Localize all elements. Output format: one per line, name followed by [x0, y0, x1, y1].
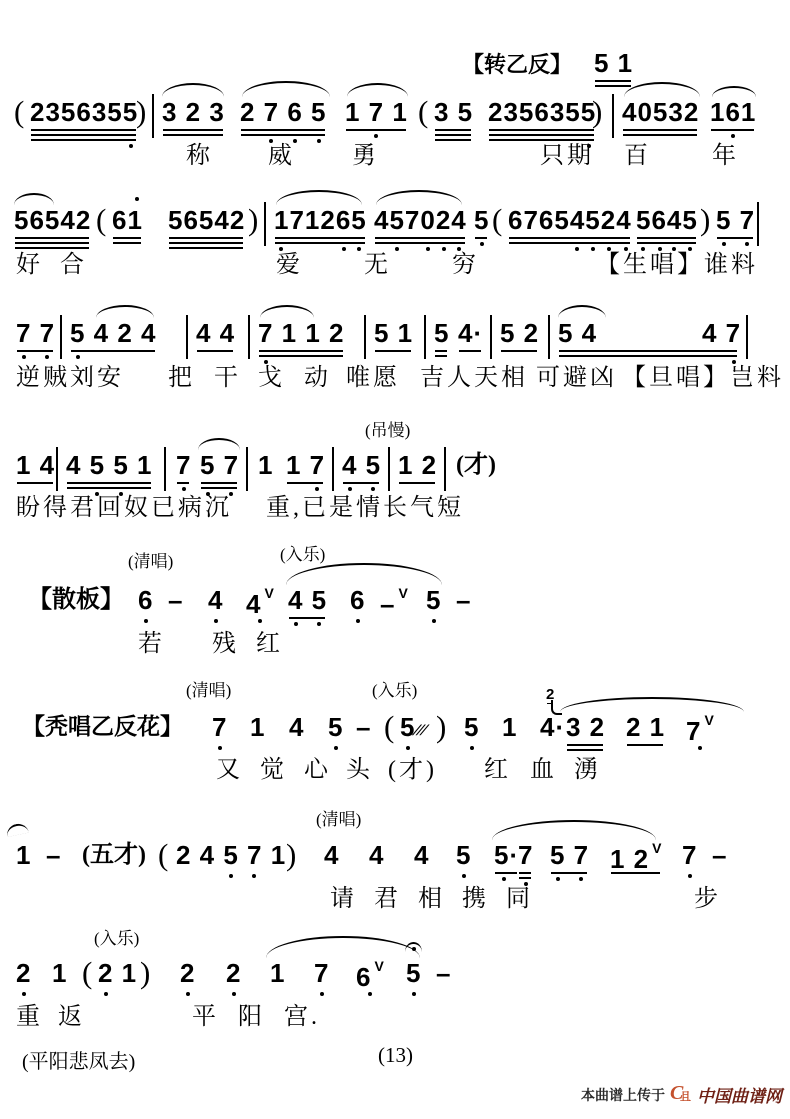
note-group: 4 [324, 840, 339, 870]
lyric-text: 爱 [276, 250, 303, 280]
barline [60, 315, 62, 359]
note-group: 5· [494, 840, 519, 870]
note-group: 1 [270, 958, 285, 988]
site-name: 中国曲谱网 [697, 1082, 782, 1107]
barline [152, 94, 154, 138]
lyric-text: 【生唱】谁料 [596, 250, 758, 280]
slur-arc [162, 83, 224, 97]
note-group: 5 2 [500, 318, 539, 348]
parenthesis: ) [436, 712, 446, 742]
note-group: 4 [208, 585, 223, 615]
note-group: 457024 [374, 205, 467, 235]
lyric-text: 血 [530, 755, 557, 785]
lyric-text: (才) [388, 755, 437, 785]
note-group: 5 [464, 712, 479, 742]
section-label: (五才) [82, 840, 146, 870]
parenthesis: ) [248, 205, 258, 235]
note-group: 4V [246, 585, 274, 619]
note-group: 3 2 3 [162, 97, 225, 127]
note-group: 4 5 5 1 [66, 450, 153, 480]
note-group: 7 [176, 450, 191, 480]
note-group: 2 7 6 5 [240, 97, 327, 127]
note-group: 67654524 [508, 205, 632, 235]
note-group: 7 [212, 712, 227, 742]
note-group: – [456, 585, 471, 615]
tempo-annotation: (清唱) [316, 810, 361, 830]
note-group: 5 1 [594, 48, 633, 78]
slur-arc [624, 82, 700, 97]
lyric-text: 无 [364, 250, 391, 280]
lyric-text: 只期 [540, 141, 594, 171]
breath-mark: V [374, 958, 383, 974]
note-group: 6 [350, 585, 365, 615]
note-group: 7V [686, 712, 714, 746]
note-group: 1 [52, 958, 67, 988]
barline [757, 202, 759, 246]
parenthesis: ( [158, 840, 168, 870]
note-group: 5 [328, 712, 343, 742]
parenthesis: ( [82, 958, 92, 988]
lyric-text: 唯愿 [346, 363, 400, 393]
note-group: 3 2 [566, 712, 605, 742]
lyric-text: 盼得君回奴已病沉 [16, 493, 232, 523]
barline [332, 447, 334, 491]
note-group: 1 [502, 712, 517, 742]
lyric-text: 头 [346, 755, 373, 785]
lyric-text: 红 [256, 629, 283, 659]
note-group: 4 4 [196, 318, 235, 348]
section-label: (才) [456, 450, 496, 480]
lyric-text: 阳 [238, 1002, 265, 1032]
lyric-text: 重,已是情长气短 [266, 493, 464, 523]
note-group: 7 [682, 840, 697, 870]
note-group: – [356, 712, 371, 742]
lyric-text: 残 [212, 629, 239, 659]
note-group: 2 1 [98, 958, 137, 988]
note-group: 4 [289, 712, 304, 742]
note-group: 5 [406, 958, 421, 988]
parenthesis: ) [592, 97, 602, 127]
lyric-text: 湧 [574, 755, 601, 785]
note-group: 7 [314, 958, 329, 988]
barline [490, 315, 492, 359]
note-group: 2356355 [488, 97, 596, 127]
note-group: 161 [710, 97, 756, 127]
barline [424, 315, 426, 359]
note-group: 4 5 [342, 450, 381, 480]
note-group: 1 [258, 450, 273, 480]
note-group: 6V [356, 958, 384, 992]
lyric-text: 吉人天相 [420, 363, 528, 393]
footer-scene-note: (平阳悲凤去) [22, 1045, 135, 1074]
note-group: 4 5 [288, 585, 327, 615]
lyric-text: 干 [214, 363, 241, 393]
lyric-text: 若 [138, 629, 165, 659]
breath-mark: V [652, 840, 661, 856]
sheet-music-page: (平阳悲凤去) (13) 本曲谱上传于 C且 中国曲谱网 【转乙反】5 1(23… [0, 0, 790, 1119]
slur-arc [712, 86, 756, 97]
lyric-text: 戈 [258, 363, 285, 393]
lyric-text: 觉 [260, 755, 287, 785]
parenthesis: ) [136, 97, 146, 127]
lyric-text: 步 [694, 884, 721, 914]
barline [56, 447, 58, 491]
tempo-annotation: (入乐) [372, 681, 417, 701]
lyric-text: 红 [484, 755, 511, 785]
note-group: 2 [16, 958, 31, 988]
lyric-text: 把 [168, 363, 195, 393]
lyric-text: 勇 [352, 141, 379, 171]
breath-mark: V [704, 712, 713, 728]
lyric-text: 携 [462, 884, 489, 914]
barline [186, 315, 188, 359]
lyric-text: 重 [16, 1002, 43, 1032]
breath-mark: V [398, 585, 407, 601]
note-group: 4· [458, 318, 483, 348]
slur-arc [286, 563, 442, 585]
note-group: 56542 [168, 205, 245, 235]
section-label: 【转乙反】 [462, 50, 572, 80]
note-group: 4· [540, 712, 565, 742]
parenthesis: ) [700, 205, 710, 235]
tempo-annotation: (清唱) [186, 681, 231, 701]
note-group: 5 4 2 4 [70, 318, 157, 348]
lyric-text: 相 [418, 884, 445, 914]
note-group: 4 [369, 840, 384, 870]
slur-arc [347, 83, 408, 97]
note-group: – [46, 840, 61, 870]
note-group: 5 [434, 318, 449, 348]
note-group: 7 1 1 2 [258, 318, 345, 348]
parenthesis: ) [286, 840, 296, 870]
tie-arc [5, 822, 29, 837]
tempo-annotation: (吊慢) [365, 421, 410, 441]
note-group: 5 1 [374, 318, 413, 348]
note-group: 5 [426, 585, 441, 615]
barline [248, 315, 250, 359]
note-group: 5 7 [716, 205, 755, 235]
page-number: (13) [378, 1043, 413, 1068]
slur-arc [14, 193, 54, 205]
barline [264, 202, 266, 246]
parenthesis: ( [14, 97, 24, 127]
lyric-text: 君 [374, 884, 401, 914]
breath-mark: V [264, 585, 273, 601]
slur-arc [560, 697, 744, 712]
note-group: 61 [112, 205, 143, 235]
slur-arc [260, 305, 314, 318]
lyric-text: 动 [304, 363, 331, 393]
parenthesis: ( [96, 205, 106, 235]
note-group: 5 4 [558, 318, 597, 348]
lyric-text: 穷 [452, 250, 479, 280]
note-group: 56542 [14, 205, 91, 235]
section-label: 【秃唱乙反花】 [22, 712, 183, 742]
lyric-text: 又 [216, 755, 243, 785]
lyric-text: 心 [304, 755, 331, 785]
note-group: 1 2 [398, 450, 437, 480]
note-group: 7 7 [16, 318, 55, 348]
note-group: 2 [180, 958, 195, 988]
lyric-text: 可避凶 [536, 363, 617, 393]
slur-arc [242, 81, 330, 97]
slur-arc [266, 936, 420, 958]
note-group: 2 1 [626, 712, 665, 742]
lyric-text: 宫. [284, 1002, 320, 1032]
barline [612, 94, 614, 138]
parenthesis: ( [384, 712, 394, 742]
note-group: 1 7 [286, 450, 325, 480]
note-group: –V [380, 585, 408, 619]
note-group: 3 5 [434, 97, 473, 127]
lyric-text: 平 [192, 1002, 219, 1032]
lyric-text: 【旦唱】岂料 [622, 363, 784, 393]
watermark-text: 本曲谱上传于 [581, 1085, 665, 1105]
lyric-text: 返 [58, 1002, 85, 1032]
slur-arc [376, 190, 462, 205]
note-group: 7 [518, 840, 533, 870]
slur-arc [492, 820, 656, 840]
section-label: 【散板】 [28, 585, 124, 615]
note-group: 171265 [274, 205, 367, 235]
lyric-text: 逆贼刘安 [16, 363, 124, 393]
lyric-text: 好 [16, 250, 43, 280]
site-logo-icon: C且 [670, 1085, 692, 1105]
barline [388, 447, 390, 491]
note-group: 5 7 [200, 450, 239, 480]
note-group: 2356355 [30, 97, 138, 127]
parenthesis: ( [418, 97, 428, 127]
barline [548, 315, 550, 359]
lyric-text: 称 [186, 141, 213, 171]
slur-arc [558, 305, 606, 318]
parenthesis: ( [492, 205, 502, 235]
note-group: 5 7 [550, 840, 589, 870]
slur-arc [276, 190, 362, 205]
note-group: – [168, 585, 183, 615]
parenthesis: ) [140, 958, 150, 988]
grace-hook [551, 700, 562, 715]
note-group: – [712, 840, 727, 870]
note-group: – [436, 958, 451, 988]
barline [746, 315, 748, 359]
tempo-annotation: (清唱) [128, 552, 173, 572]
note-group: 2 4 5 7 1 [176, 840, 286, 870]
barline [364, 315, 366, 359]
tempo-annotation: (入乐) [280, 545, 325, 565]
barline [246, 447, 248, 491]
lyric-text: 威 [268, 141, 295, 171]
note-group: 5 [474, 205, 489, 235]
logo-qie-glyph: 且 [680, 1088, 691, 1104]
note-group: 1 2V [610, 840, 662, 874]
lyric-text: 同 [506, 884, 533, 914]
note-group: 4 [414, 840, 429, 870]
slur-arc [96, 305, 154, 318]
lyric-text: 年 [712, 141, 739, 171]
note-group: 6 [138, 585, 153, 615]
barline [164, 447, 166, 491]
watermark: 本曲谱上传于 C且 中国曲谱网 [581, 1082, 782, 1107]
note-group: 1 7 1 [345, 97, 408, 127]
note-group: 1 [16, 840, 31, 870]
note-group: 4 7 [702, 318, 741, 348]
lyric-text: 百 [624, 141, 651, 171]
note-group: 5645 [636, 205, 698, 235]
note-group: 1 [250, 712, 265, 742]
note-group: 1 4 [16, 450, 55, 480]
note-group: 2 [226, 958, 241, 988]
tempo-annotation: (入乐) [94, 929, 139, 949]
note-group: 5 [456, 840, 471, 870]
lyric-text: 合 [60, 250, 87, 280]
lyric-text: 请 [330, 884, 357, 914]
barline [444, 447, 446, 491]
note-group: 40532 [622, 97, 699, 127]
slur-arc [198, 438, 240, 450]
